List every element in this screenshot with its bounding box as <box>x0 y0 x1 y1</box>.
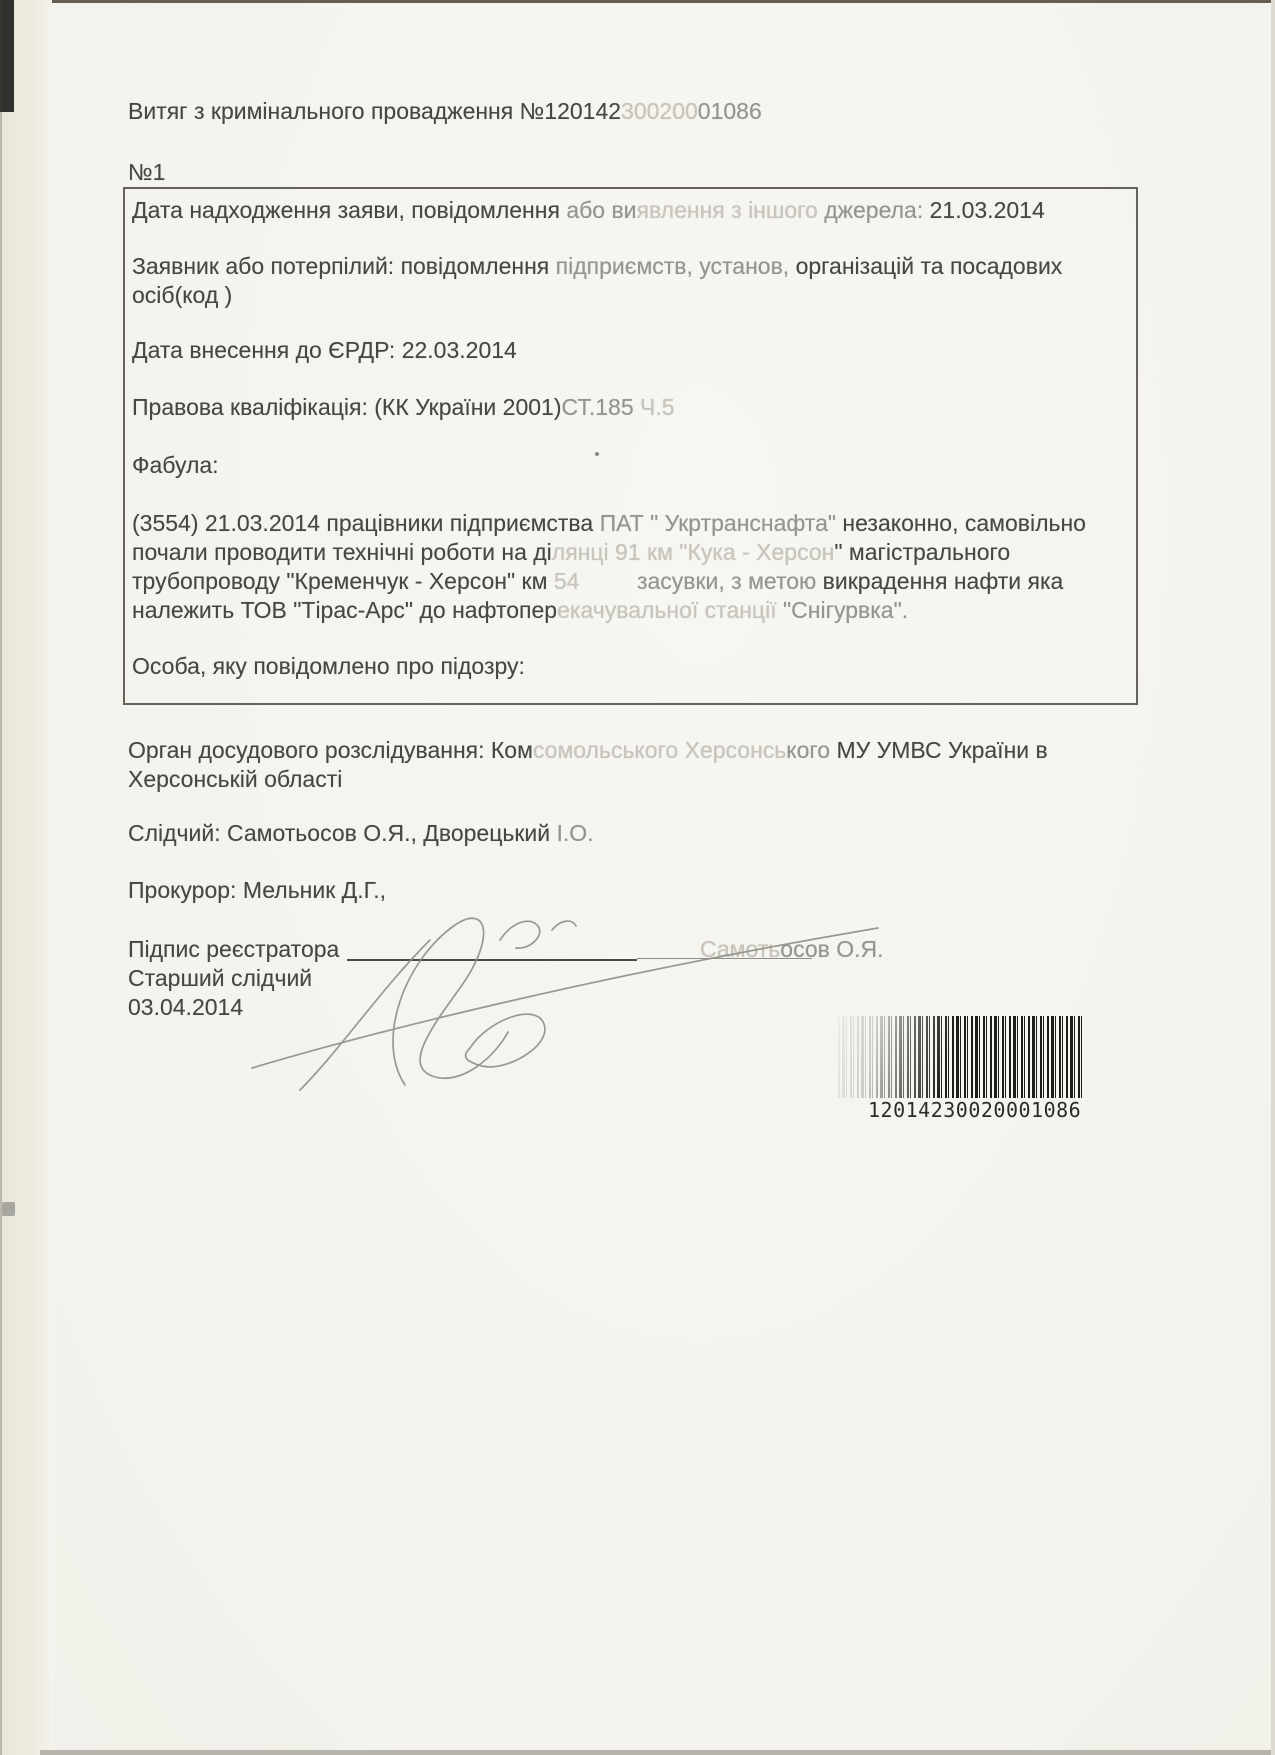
scan-bottom-edge-line <box>40 1750 1275 1755</box>
scan-left-edge-line <box>0 0 2 1755</box>
scan-top-edge-line <box>52 0 1275 3</box>
field-receipt-date: Дата надходження заяви, повідомлення або… <box>132 196 1045 225</box>
investigation-organ-line1: Орган досудового розслідування: Комсомол… <box>128 736 1048 765</box>
document-title: Витяг з кримінального провадження №12014… <box>128 97 762 126</box>
fabula-text-line1: (3554) 21.03.2014 працівники підприємств… <box>132 509 1086 538</box>
fabula-label: Фабула: <box>132 451 219 480</box>
investigation-organ-line2: Херсонській області <box>128 765 342 794</box>
fabula-text-line2: почали проводити технічні роботи на діля… <box>132 538 1010 567</box>
scan-edge-strip <box>0 0 54 1755</box>
scan-right-edge-shadow <box>1271 0 1275 1755</box>
scan-dark-corner <box>0 0 14 112</box>
field-erdr-date: Дата внесення до ЄРДР: 22.03.2014 <box>132 336 517 365</box>
fabula-text-line4: належить ТОВ "Тірас-Арс" до нафтоперекач… <box>132 596 908 625</box>
field-claimant-line1: Заявник або потерпілий: повідомлення під… <box>132 252 1062 281</box>
field-claimant-line2: осіб(код ) <box>132 281 232 310</box>
record-box: Дата надходження заяви, повідомлення або… <box>123 187 1138 705</box>
barcode-number: 12014230020001086 <box>868 1098 1088 1122</box>
barcode <box>838 1016 1084 1098</box>
record-number-label: №1 <box>128 158 165 187</box>
person-notified-line: Особа, яку повідомлено про підозру: <box>132 652 525 681</box>
investigator-line: Слідчий: Самотьосов О.Я., Дворецький І.О… <box>128 819 594 848</box>
handwritten-signature <box>200 880 920 1110</box>
fabula-text-line3: трубопроводу "Кременчук - Херсон" км 54 … <box>132 567 1063 596</box>
field-legal-qualification: Правова кваліфікація: (КК України 2001)С… <box>132 393 675 422</box>
scan-edge-mark <box>2 1202 15 1216</box>
scanned-document-page: Витяг з кримінального провадження №12014… <box>0 0 1275 1755</box>
